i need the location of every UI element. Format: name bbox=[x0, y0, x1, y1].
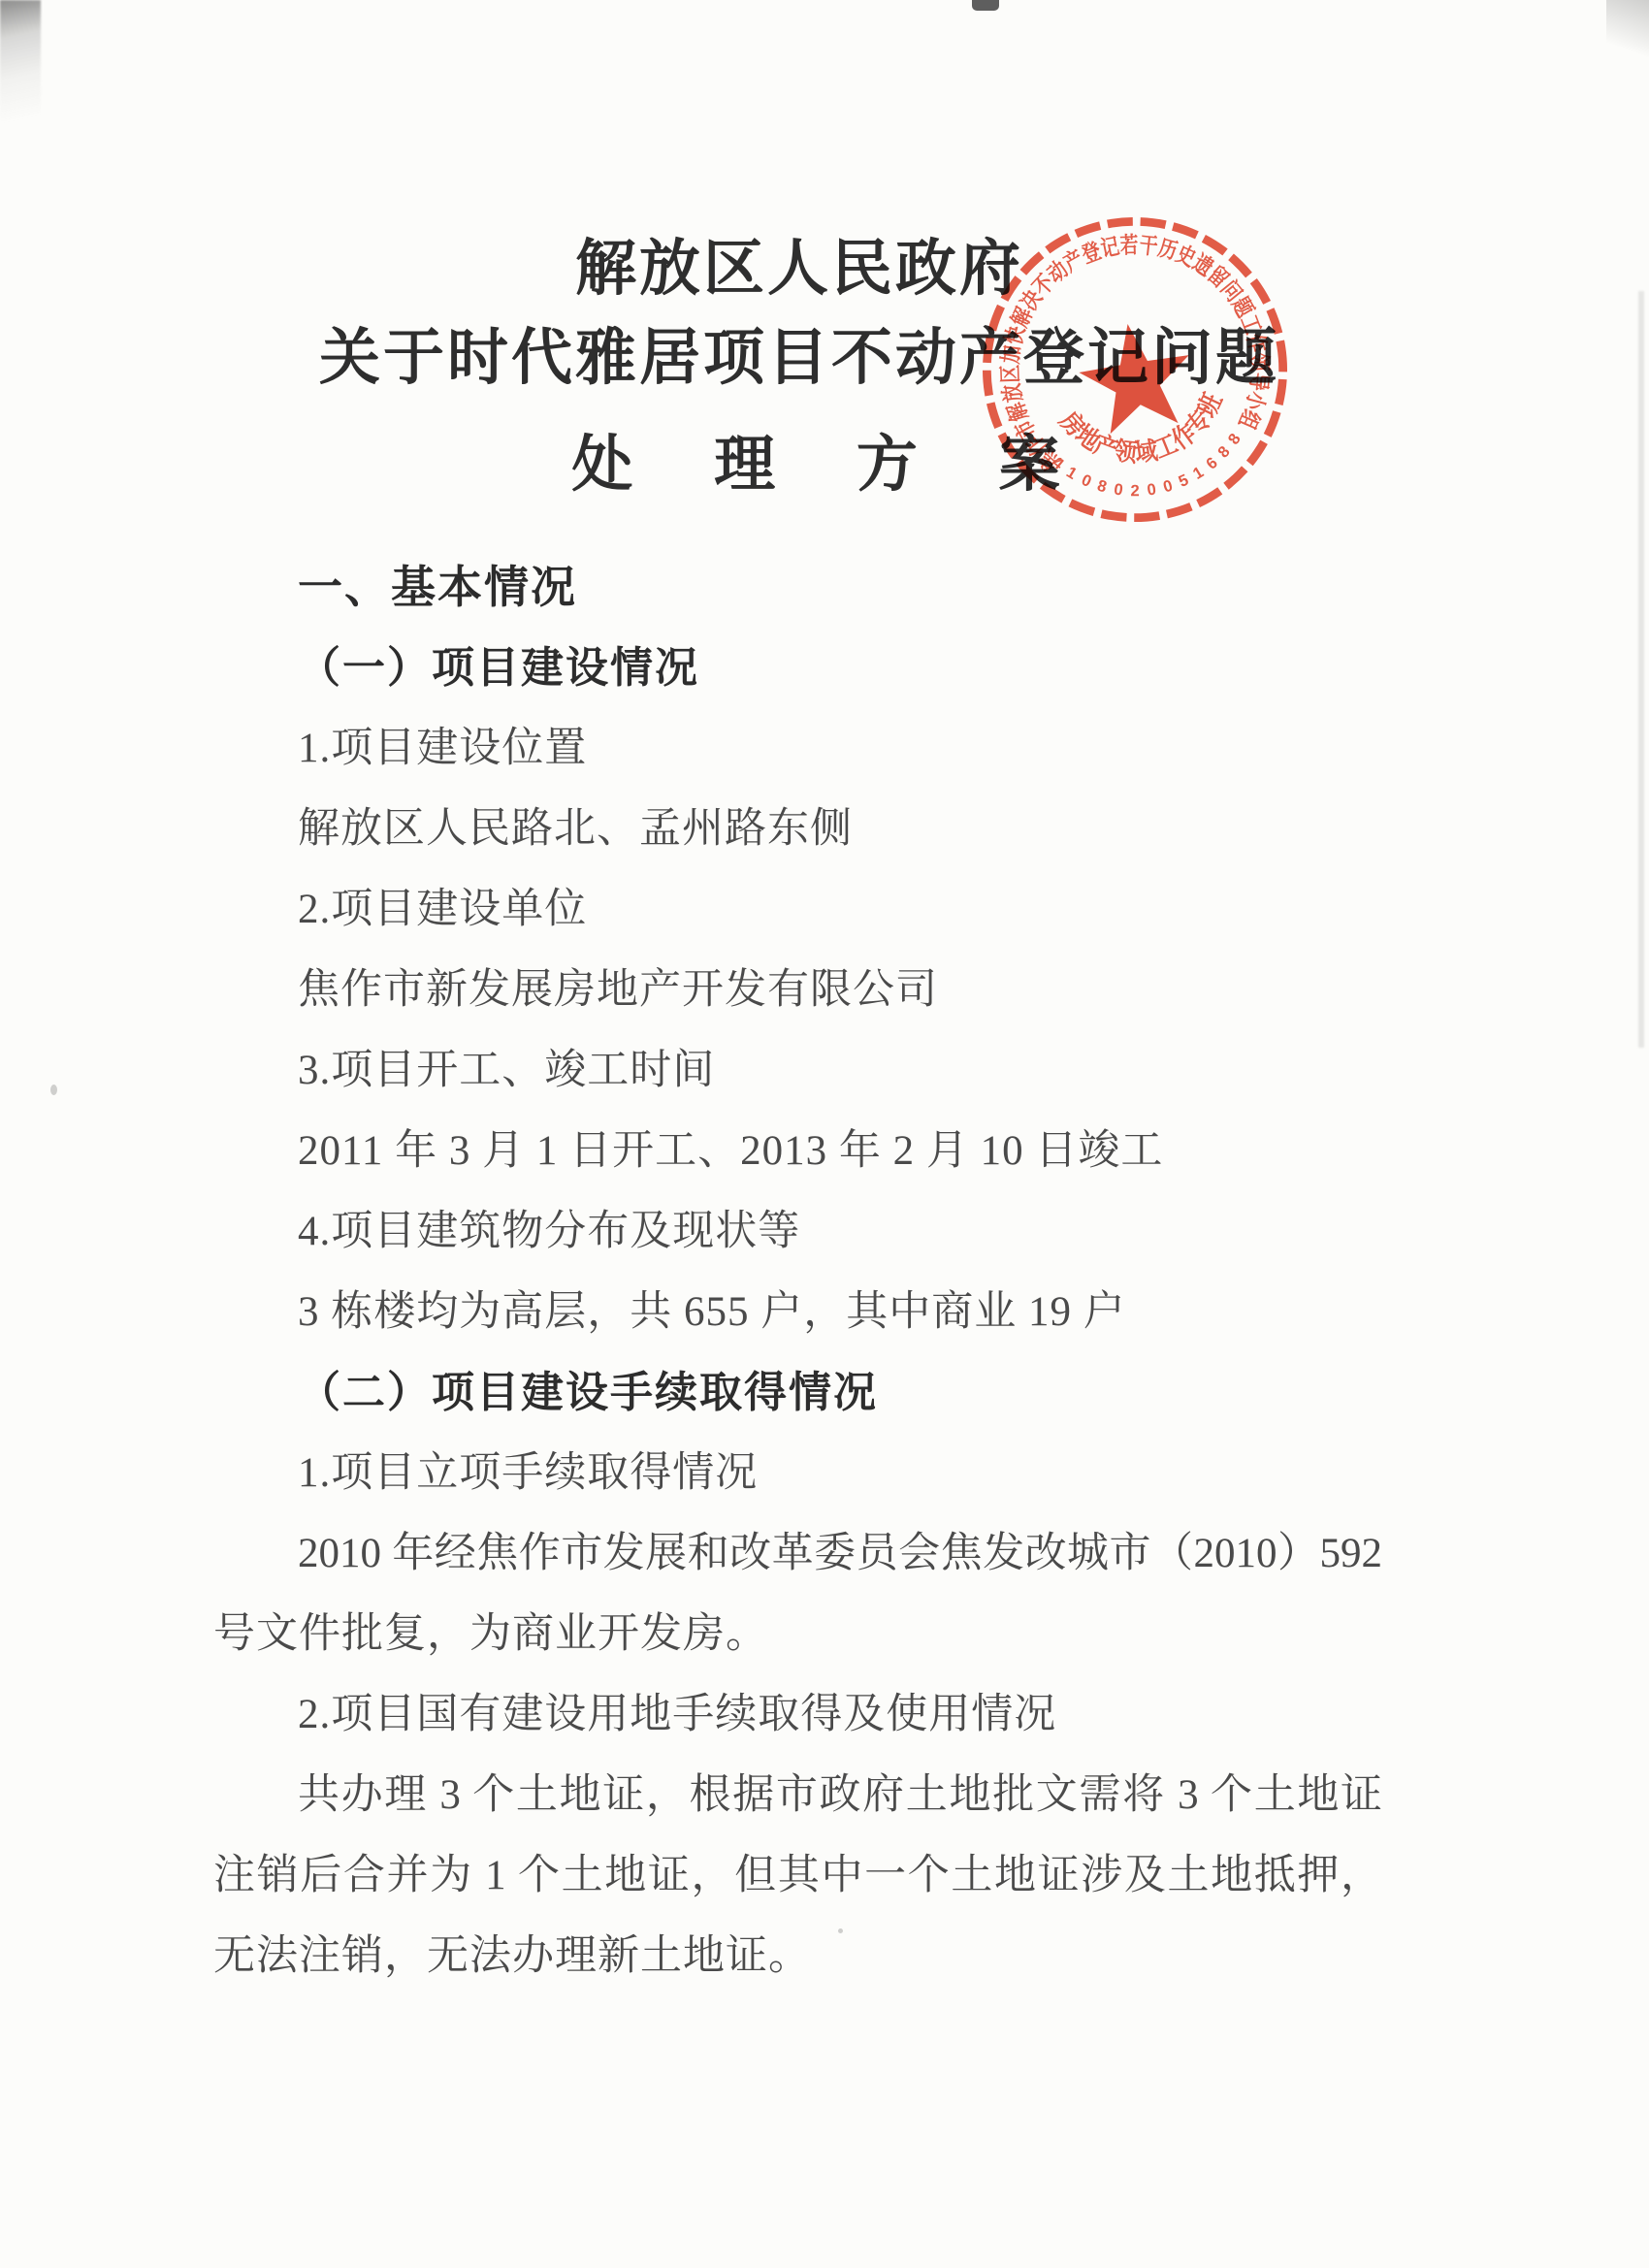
scan-artifact-right-streak bbox=[1638, 291, 1644, 1048]
body-line: 3.项目开工、竣工时间 bbox=[213, 1030, 1382, 1111]
body-line: 1.项目建设位置 bbox=[213, 708, 1382, 789]
body-line: 焦作市新发展房地产开发有限公司 bbox=[213, 950, 1382, 1030]
body-line: 2.项目国有建设用地手续取得及使用情况 bbox=[213, 1674, 1382, 1755]
subsection-heading: （一）项目建设情况 bbox=[213, 628, 1382, 708]
body-line: 解放区人民路北、孟州路东侧 bbox=[213, 789, 1382, 869]
doc-body: 一、基本情况 （一）项目建设情况 1.项目建设位置 解放区人民路北、孟州路东侧 … bbox=[213, 547, 1382, 1996]
doc-title-line-1: 解放区人民政府 bbox=[0, 219, 1624, 308]
body-line: 1.项目立项手续取得情况 bbox=[213, 1433, 1382, 1513]
scan-artifact-top-notch bbox=[972, 0, 999, 11]
body-line: 2.项目建设单位 bbox=[213, 869, 1382, 950]
body-line: 2011 年 3 月 1 日开工、2013 年 2 月 10 日竣工 bbox=[213, 1111, 1382, 1191]
star-icon bbox=[1073, 315, 1199, 437]
body-line: 号文件批复，为商业开发房。 bbox=[213, 1594, 1382, 1674]
scanned-document-page: 解放区人民政府 关于时代雅居项目不动产登记问题 处 理 方 案 一、基本情况 （… bbox=[0, 0, 1649, 2268]
body-line: 2010 年经焦作市发展和改革委员会焦发改城市（2010）592 bbox=[213, 1513, 1382, 1594]
body-line: 共办理 3 个土地证，根据市政府土地批文需将 3 个土地证 bbox=[213, 1755, 1382, 1835]
section-heading-1: 一、基本情况 bbox=[213, 547, 1382, 628]
scan-artifact-speck bbox=[50, 1085, 57, 1095]
body-line: 注销后合并为 1 个土地证，但其中一个土地证涉及土地抵押， bbox=[213, 1835, 1382, 1916]
doc-title-line-2: 关于时代雅居项目不动产登记问题 bbox=[0, 308, 1624, 397]
body-line: 3 栋楼均为高层，共 655 户，其中商业 19 户 bbox=[213, 1272, 1382, 1352]
official-seal: 焦作市解放区加快解决不动产登记若干历史遗留问题工作领导小组 房地产领域工作专班 … bbox=[941, 176, 1329, 564]
body-line: 4.项目建筑物分布及现状等 bbox=[213, 1191, 1382, 1272]
doc-title-line-3: 处 理 方 案 bbox=[0, 415, 1649, 503]
scan-artifact-top-left bbox=[0, 0, 41, 170]
subsection-heading: （二）项目建设手续取得情况 bbox=[213, 1352, 1382, 1433]
body-line: 无法注销，无法办理新土地证。 bbox=[213, 1916, 1382, 1996]
scan-artifact-top-right bbox=[1606, 0, 1649, 68]
